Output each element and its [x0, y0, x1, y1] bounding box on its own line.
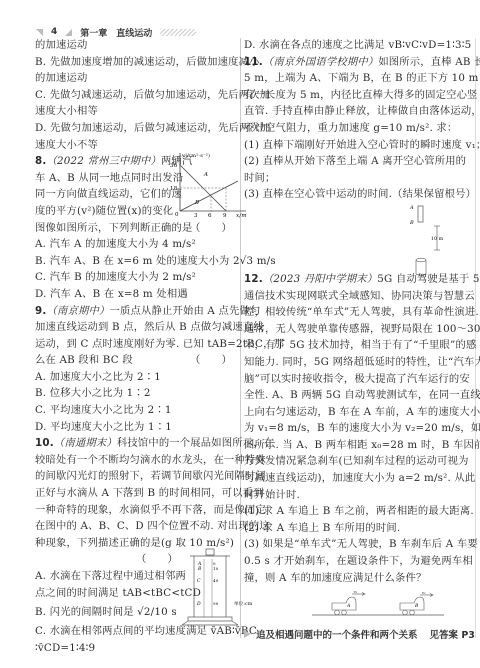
- answer-paren: （ ）: [136, 551, 178, 568]
- svg-text:B: B: [414, 603, 419, 609]
- text-line: 的加速运动: [35, 70, 238, 87]
- question-text: 5 m，上端为 A、下端为 B，在 B 的正下方 10 m 处: [244, 70, 444, 87]
- option-d: D. 水滴在各点的速度之比满足 vB∶vC∶vD=1∶3∶5: [244, 37, 444, 54]
- option-b: B. 汽车 A、B 在 x=6 m 处的速度大小为 2√3 m/s: [35, 253, 238, 270]
- question-text: 在图中的 A、B、C、D 四个位置不动. 对出现的这: [35, 518, 238, 535]
- question-text: 上向右匀速运动，B 车在 A 车前，A 车的速度大小: [244, 404, 444, 421]
- option-d: D. 平均速度大小之比为 1∶1: [35, 419, 238, 436]
- question-12: 12.（2023 丹阳中学期末）5G 自动驾驶是基于 5G 通信技术实现网联式全…: [244, 271, 444, 586]
- left-column: 的加速运动 B. 先做加速度增加的减速运动，后做加速度减小 的加速运动 C. 先…: [35, 37, 238, 656]
- question-text: 方突发情况紧急刹车(已知刹车过程的运动可视为: [244, 453, 444, 470]
- right-column: D. 水滴在各点的速度之比满足 vB∶vC∶vD=1∶3∶5 11.（南京外国语…: [244, 37, 444, 586]
- question-text: 运动，到 C 点时速度刚好为零. 已知 tAB=2tBC，那: [35, 336, 238, 353]
- header-hatch-decoration: [160, 29, 196, 36]
- svg-text:9: 9: [223, 213, 227, 219]
- question-number: 9.: [35, 305, 46, 317]
- option-d: D. 汽车 A、B 在 x=8 m 处相遇: [35, 286, 238, 303]
- svg-text:36: 36: [170, 163, 178, 169]
- svg-text:B: B: [197, 566, 202, 572]
- page-number: 4: [51, 27, 57, 37]
- sub-question-3: (3) 如果是“单车式”无人驾驶，B 车刹车后 A 车要: [244, 536, 444, 553]
- question-source: （南通期末）: [54, 437, 117, 449]
- question-text: 不计空气阻力，重力加速度 g=10 m/s². 求：: [244, 120, 444, 137]
- rod-and-tube-figure: A B 10 m: [404, 202, 454, 282]
- question-source: （南京外国语学校期中）: [263, 56, 378, 68]
- svg-text:C: C: [197, 578, 201, 584]
- page-footer: 追及相遇问题中的一个条件和两个关系 见答案 P3: [244, 627, 475, 641]
- question-text: 较暗处有一个不断均匀滴水的水龙头，在一种特殊: [35, 452, 238, 469]
- question-text: 时开始计时.: [244, 487, 444, 504]
- question-text: 控，相较传统“单车式”无人驾驶，具有革命性演进.: [244, 304, 444, 321]
- question-text: 脑”可以实时接收指令，极大提高了汽车运行的安: [244, 371, 444, 388]
- question-text: 为 v₁=8 m/s，B 车的速度大小为 v₂=20 m/s，如: [244, 420, 444, 437]
- question-text: 通常，无人驾驶单靠传感器，视野局限在 100～300: [244, 321, 444, 338]
- sub-question-1: (1) 求 A 车追上 B 车之前，两者相距的最大距离.: [244, 503, 444, 520]
- sub-question-3-cont: 撞，则 A 车的加速度应满足什么条件？: [244, 570, 444, 587]
- svg-text:单位:cm: 单位:cm: [234, 600, 253, 607]
- cars-figure: A v₁ B v₂: [312, 591, 452, 621]
- option-d: D. 先做匀加速运动，后做匀减速运动，先后两次加: [35, 120, 238, 137]
- text-line: 的加速运动: [35, 37, 238, 54]
- question-11: 11.（南京外国语学校期中）如图所示，直棒 AB 长 5 m，上端为 A、下端为…: [244, 54, 444, 271]
- sub-question-3: (3) 直棒在空心管中运动的时间.（结果保留根号）: [244, 186, 444, 203]
- question-source: （2022 常州三中期中）: [46, 155, 160, 167]
- answer-reference: 见答案 P3: [430, 627, 475, 641]
- answer-paren: （ ）: [190, 352, 232, 369]
- header-triangle-icon: [65, 29, 72, 36]
- question-text: 图所示. 当 A、B 两车相距 x₀=28 m 时，B 车因前: [244, 437, 444, 454]
- question-text: 通信技术实现网联式全域感知、协同决策与智慧云: [244, 288, 444, 305]
- svg-text:v₁: v₁: [354, 591, 358, 594]
- svg-text:v²/(m²·s⁻²): v²/(m²·s⁻²): [181, 152, 210, 159]
- text-line: 速度大小相等: [35, 103, 238, 120]
- option-b: B. 位移大小之比为 1∶2: [35, 385, 238, 402]
- header-triangle-icon: [36, 29, 43, 36]
- sub-question-3-cont: 0.5 s 才开始刹车，在题设条件下，为避免两车相: [244, 553, 444, 570]
- question-text: 直管. 手持直棒由静止释放，让棒做自由落体运动，: [244, 103, 444, 120]
- question-text: 知能力. 同时，5G 网络超低延时的特性，让“汽车大: [244, 354, 444, 371]
- footer-topic: 追及相遇问题中的一个条件和两个关系: [256, 627, 418, 641]
- question-text: 么在 AB 段和 BC 段: [35, 354, 133, 366]
- question-text: 一质点从静止开始由 A 点先做匀: [109, 305, 260, 317]
- question-text: 图像如图所示，下列判断正确的是: [35, 222, 192, 234]
- question-text: 正好与水滴从 A 下落到 B 的时间相同，可以看到: [35, 485, 238, 502]
- question-9: 9.（南京期中）一质点从静止开始由 A 点先做匀 加速直线运动到 B 点，然后从…: [35, 303, 238, 436]
- svg-text:6: 6: [208, 213, 212, 219]
- option-c: C. 汽车 B 的加速度大小为 2 m/s²: [35, 269, 238, 286]
- arrow-right-icon: [244, 630, 251, 638]
- sub-question-2-cont: 时间；: [244, 170, 444, 187]
- question-text: 一种奇特的现象，水滴似乎不再下落，而是像固定: [35, 502, 238, 519]
- question-text: 5G 自动驾驶是基于 5G: [377, 273, 480, 285]
- svg-text:18: 18: [170, 186, 178, 192]
- question-source: （南京期中）: [46, 305, 109, 317]
- option-a: A. 汽车 A 的加速度大小为 4 m/s²: [35, 236, 238, 253]
- question-number: 12.: [244, 273, 263, 285]
- svg-text:40: 40: [213, 578, 219, 583]
- svg-text:3: 3: [194, 213, 198, 219]
- question-10: 10.（南通期末）科技馆中的一个展品如图所示，在 较暗处有一个不断均匀滴水的水龙…: [35, 435, 238, 656]
- question-text: 有一长度为 5 m，内径比直棒大得多的固定空心竖: [244, 87, 444, 104]
- svg-text:D: D: [196, 601, 201, 607]
- v2-x-graph: v²/(m²·s⁻²) 36 18 0 3 6 9 x/m A B: [168, 149, 248, 219]
- answer-paren: （ ）: [190, 220, 232, 237]
- question-text: 的间歇闪光灯的照射下，若调节间歇闪光间隔时间: [35, 468, 238, 485]
- svg-text:A: A: [409, 205, 414, 211]
- question-text: 米，有了 5G 技术加持，相当于有了“千里眼”的感: [244, 337, 444, 354]
- svg-text:10 m: 10 m: [431, 236, 444, 242]
- svg-text:v₂: v₂: [422, 591, 426, 595]
- option-c: C. 平均速度大小之比为 2∶1: [35, 402, 238, 419]
- question-number: 11.: [244, 56, 263, 68]
- svg-text:B: B: [409, 220, 414, 226]
- option-a: A. 加速度大小之比为 2∶1: [35, 369, 238, 386]
- svg-text:90: 90: [213, 601, 219, 606]
- option-b: B. 先做加速度增加的减速运动，后做加速度减小: [35, 54, 238, 71]
- question-text: 加速直线运动到 B 点，然后从 B 点做匀减速直线: [35, 319, 238, 336]
- sub-question-1: (1) 直棒下端刚好开始进入空心管时的瞬时速度 v₁；: [244, 137, 444, 154]
- question-source: （2023 丹阳中学期末）: [263, 273, 377, 285]
- svg-text:10: 10: [213, 566, 219, 571]
- option-c: C. 先做匀减速运动，后做匀加速运动，先后两次加: [35, 87, 238, 104]
- sub-question-2: (2) 直棒从开始下落至上端 A 离开空心管所用的: [244, 153, 444, 170]
- question-number: 10.: [35, 437, 54, 449]
- question-text: 全性. A、B 两辆 5G 自动驾驶测试车，在同一直线: [244, 387, 444, 404]
- question-number: 8.: [35, 155, 46, 167]
- question-text: 匀减速直线运动)，加速度大小为 a=2 m/s². 从此: [244, 470, 444, 487]
- svg-text:A: A: [346, 603, 351, 609]
- question-8: 8.（2022 常州三中期中）两辆汽 车 A、B 从同一地点同时出发沿 同一方向…: [35, 153, 238, 302]
- sub-question-2: (2) 求 A 车追上 B 车所用的时间.: [244, 520, 444, 537]
- question-text: 如图所示，直棒 AB 长: [378, 56, 480, 68]
- svg-text:B: B: [194, 200, 199, 206]
- svg-text:A: A: [203, 172, 208, 178]
- option-c-cont: ∶v̄CD=1∶4∶9: [35, 640, 238, 657]
- svg-text:0: 0: [175, 212, 179, 218]
